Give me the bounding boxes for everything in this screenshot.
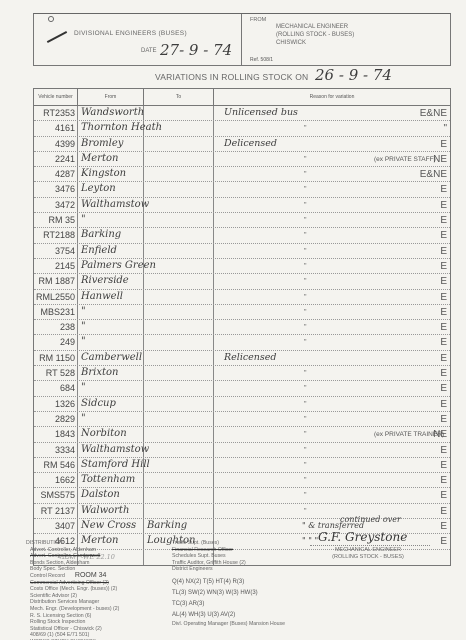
vehicle-number: RM 35 bbox=[34, 213, 78, 227]
engineer-code: E bbox=[440, 228, 447, 243]
distribution-item-text: Scientific Advisor (2) bbox=[30, 593, 77, 599]
reason-text: " bbox=[304, 381, 307, 396]
distribution-item: District Engineers bbox=[172, 566, 285, 573]
to-garage bbox=[144, 198, 214, 212]
from-line: CHISWICK bbox=[276, 39, 442, 47]
distribution-items: Advert. Controller, AldenhamAdvert. Cont… bbox=[26, 547, 119, 640]
distribution-item-text: Costs Office (Mech. Engr. (buses)) (2) bbox=[30, 586, 117, 592]
table-row: RML2550Hanwell"E bbox=[34, 290, 450, 305]
distribution-item-text: Control Record bbox=[30, 573, 65, 579]
table-row: 2829""E bbox=[34, 412, 450, 427]
to-garage bbox=[144, 397, 214, 411]
engineer-code: E bbox=[440, 381, 447, 396]
to-garage bbox=[144, 182, 214, 196]
distribution-item-text: 408/69 (1) (504 E/71 501) bbox=[30, 632, 89, 638]
engineer-code: E bbox=[440, 504, 447, 519]
to-garage bbox=[144, 259, 214, 273]
to-garage bbox=[144, 381, 214, 395]
engineer-code: E&NE bbox=[420, 167, 447, 182]
reason-cell: "E bbox=[214, 182, 450, 196]
vehicle-number: RM 1150 bbox=[34, 351, 78, 365]
reason-cell: "E bbox=[214, 397, 450, 411]
reason-cell: "E bbox=[214, 381, 450, 395]
reason-cell: "E bbox=[214, 488, 450, 502]
reason-text: " bbox=[304, 152, 307, 167]
from-garage: Palmers Green bbox=[78, 259, 144, 273]
table-row: RM 1887Riverside"E bbox=[34, 274, 450, 289]
engineer-code: E bbox=[440, 182, 447, 197]
distribution-list-right: Traffic Supt. (Buses)Financial Research … bbox=[172, 540, 285, 628]
from-garage: " bbox=[78, 320, 144, 334]
from-garage: Bromley bbox=[78, 137, 144, 151]
distribution-item: Bonds Section, Aldenham bbox=[26, 560, 119, 567]
date-label: DATE bbox=[141, 48, 157, 54]
distribution-item-text: Distribution Services Manager bbox=[30, 599, 99, 605]
column-header-reason: Reason for variation bbox=[214, 89, 450, 105]
distribution-item: Schedules Supt. Buses bbox=[172, 553, 285, 560]
engineer-code: E bbox=[440, 335, 447, 350]
from-garage: Walthamstow bbox=[78, 198, 144, 212]
vehicle-number: RT 528 bbox=[34, 366, 78, 380]
distribution-item: Scientific Advisor (2) bbox=[26, 593, 119, 600]
reason-cell: "(ex PRIVATE STAFF)NE bbox=[214, 152, 450, 166]
reason-text: " bbox=[304, 443, 307, 458]
vehicle-number: 4161 bbox=[34, 121, 78, 135]
table-body: RT2353WandsworthUnlicensed busE&NE4161Th… bbox=[34, 106, 450, 565]
from-garage: Leyton bbox=[78, 182, 144, 196]
vehicle-number: 3334 bbox=[34, 443, 78, 457]
table-row: 3754Enfield"E bbox=[34, 244, 450, 259]
table-row: 4287Kingston"E&NE bbox=[34, 167, 450, 182]
distribution-item: Costs Office (Mech. Engr. (buses)) (2) bbox=[26, 586, 119, 593]
from-garage: Dalston bbox=[78, 488, 144, 502]
reason-text: " bbox=[304, 167, 307, 182]
distribution-items-right: Traffic Supt. (Buses)Financial Research … bbox=[172, 540, 285, 573]
to-garage bbox=[144, 427, 214, 441]
distribution-item-text: Financial Research Officer bbox=[172, 547, 233, 553]
table-header: Vehicle number From To Reason for variat… bbox=[34, 89, 450, 106]
vehicle-number: 3472 bbox=[34, 198, 78, 212]
vehicle-number: 3407 bbox=[34, 519, 78, 533]
from-garage: Walthamstow bbox=[78, 443, 144, 457]
from-garage: Camberwell bbox=[78, 351, 144, 365]
to-garage bbox=[144, 274, 214, 288]
engineer-code: E bbox=[440, 305, 447, 320]
reason-text: " bbox=[304, 335, 307, 350]
from-garage: Barking bbox=[78, 228, 144, 242]
from-line: MECHANICAL ENGINEER bbox=[276, 23, 442, 31]
distribution-item: Traffic Supt. (Buses) bbox=[172, 540, 285, 547]
vehicle-number: 2145 bbox=[34, 259, 78, 273]
distribution-item-text: Advert. Controller, Camberwell bbox=[30, 553, 100, 559]
variations-table: Vehicle number From To Reason for variat… bbox=[33, 88, 451, 566]
vehicle-number: 2241 bbox=[34, 152, 78, 166]
to-garage bbox=[144, 305, 214, 319]
table-row: RT2353WandsworthUnlicensed busE&NE bbox=[34, 106, 450, 121]
distribution-item-text: Schedules Supt. Buses bbox=[172, 553, 226, 559]
column-header-to: To bbox=[144, 89, 214, 105]
signature-line bbox=[310, 545, 430, 546]
engineer-code: E bbox=[440, 473, 447, 488]
to-garage bbox=[144, 152, 214, 166]
distribution-item-text: Traffic Supt. (Buses) bbox=[172, 540, 219, 546]
reason-cell: "E bbox=[214, 244, 450, 258]
reason-text: " bbox=[304, 182, 307, 197]
reason-text: " bbox=[304, 412, 307, 427]
reason-cell: "(ex PRIVATE TRAINER)NE bbox=[214, 427, 450, 441]
to-garage bbox=[144, 443, 214, 457]
from-garage: " bbox=[78, 412, 144, 426]
distribution-item-text: Rolling Stock Inspection bbox=[30, 619, 85, 625]
from-garage: Merton bbox=[78, 152, 144, 166]
vehicle-number: RT 2137 bbox=[34, 504, 78, 518]
to-garage bbox=[144, 366, 214, 380]
distribution-item-text: Mech. Engr. (Development - buses) (2) bbox=[30, 606, 119, 612]
to-garage bbox=[144, 121, 214, 135]
to-garage bbox=[144, 320, 214, 334]
signature-title-line: MECHANICAL ENGINEER bbox=[318, 547, 418, 554]
to-garage bbox=[144, 106, 214, 120]
engineer-code: E bbox=[440, 137, 447, 152]
table-row: 249""E bbox=[34, 335, 450, 350]
from-garage: Stamford Hill bbox=[78, 458, 144, 472]
to-garage bbox=[144, 488, 214, 502]
distribution-item: Control RecordROOM 34 bbox=[26, 573, 119, 580]
distribution-item: Advert. Controller, Camberwell bbox=[26, 553, 119, 560]
header-box: DIVISIONAL ENGINEERS (BUSES) DATE 27- 9 … bbox=[33, 13, 451, 66]
table-row: RM 546Stamford Hill"E bbox=[34, 458, 450, 473]
from-garage: Enfield bbox=[78, 244, 144, 258]
to-recipient: DIVISIONAL ENGINEERS (BUSES) bbox=[74, 30, 187, 37]
vehicle-number: RML2550 bbox=[34, 290, 78, 304]
from-garage: Tottenham bbox=[78, 473, 144, 487]
reason-text: " bbox=[304, 488, 307, 503]
reason-cell: "E bbox=[214, 458, 450, 472]
distribution-item-text: Statistical Officer - Chiswick (2) bbox=[30, 626, 102, 632]
reason-text: " bbox=[304, 121, 307, 136]
header-from-section: FROM MECHANICAL ENGINEER (ROLLING STOCK … bbox=[242, 14, 450, 65]
table-row: RT2188Barking"E bbox=[34, 228, 450, 243]
from-garage: " bbox=[78, 305, 144, 319]
distribution-item-text: District Engineers bbox=[172, 566, 213, 572]
reason-text: " bbox=[304, 290, 307, 305]
reason-cell: "E bbox=[214, 274, 450, 288]
distribution-item-text: R. S. Licensing Section (6) bbox=[30, 613, 91, 619]
reason-cell: "E bbox=[214, 443, 450, 457]
table-row: 1662Tottenham"E bbox=[34, 473, 450, 488]
reason-text: " bbox=[304, 259, 307, 274]
vehicle-number: 3476 bbox=[34, 182, 78, 196]
to-garage bbox=[144, 137, 214, 151]
engineer-code: E bbox=[440, 397, 447, 412]
garage-allocation-line: TC(3) AR(3) bbox=[172, 599, 285, 610]
engineer-code: E bbox=[440, 259, 447, 274]
engineer-code: E bbox=[440, 274, 447, 289]
reason-text: " bbox=[304, 366, 307, 381]
distribution-list-left: DISTRIBUTION Advert. Controller, Aldenha… bbox=[26, 540, 119, 640]
reason-text: Relicensed bbox=[214, 351, 450, 365]
reason-cell: RelicensedE bbox=[214, 351, 450, 365]
reason-text: Unlicensed bus bbox=[214, 106, 450, 120]
engineer-code: E bbox=[440, 488, 447, 503]
engineer-code: E bbox=[440, 290, 447, 305]
garage-allocation-line: AL(4) WH(3) U(3) AV(2) bbox=[172, 610, 285, 621]
distribution-item: Distribution Services Manager bbox=[26, 599, 119, 606]
table-row: 238""E bbox=[34, 320, 450, 335]
table-row: 3472Walthamstow"E bbox=[34, 198, 450, 213]
reason-cell: "E bbox=[214, 290, 450, 304]
vehicle-number: 1662 bbox=[34, 473, 78, 487]
from-garage: Riverside bbox=[78, 274, 144, 288]
to-garage bbox=[144, 213, 214, 227]
vehicle-number: 1326 bbox=[34, 397, 78, 411]
to-garage bbox=[144, 473, 214, 487]
table-row: RM 1150CamberwellRelicensedE bbox=[34, 351, 450, 366]
signature: G.F. Greystone bbox=[318, 530, 407, 544]
engineer-code: E&NE bbox=[420, 106, 447, 121]
reason-cell: "E bbox=[214, 320, 450, 334]
engineer-code: E bbox=[440, 412, 447, 427]
to-garage bbox=[144, 458, 214, 472]
reason-cell: "E bbox=[214, 259, 450, 273]
vehicle-number: 4287 bbox=[34, 167, 78, 181]
signature-title-line: (ROLLING STOCK - BUSES) bbox=[318, 554, 418, 561]
engineer-code: E bbox=[440, 458, 447, 473]
table-row: SMS575Dalston"E bbox=[34, 488, 450, 503]
engineer-code: NE bbox=[433, 152, 447, 167]
distribution-item: Traffic Auditor, Griffith House (2) bbox=[172, 560, 285, 567]
reason-text: " bbox=[304, 320, 307, 335]
from-garage: Sidcup bbox=[78, 397, 144, 411]
from-garage: Thornton Heath bbox=[78, 121, 144, 135]
distribution-annotation: ROOM 34 bbox=[75, 572, 107, 579]
reason-cell: "E&NE bbox=[214, 167, 450, 181]
distribution-item: R. S. Licensing Section (6) bbox=[26, 613, 119, 620]
table-row: 1326Sidcup"E bbox=[34, 397, 450, 412]
table-row: MBS231""E bbox=[34, 305, 450, 320]
reason-text: " bbox=[304, 228, 307, 243]
column-header-from: From bbox=[78, 89, 144, 105]
engineer-code: E bbox=[440, 213, 447, 228]
reason-cell: "E bbox=[214, 473, 450, 487]
reason-text: " bbox=[304, 458, 307, 473]
to-garage bbox=[144, 504, 214, 518]
slash-mark-icon bbox=[47, 31, 67, 43]
to-garage bbox=[144, 167, 214, 181]
distribution-item: Commercial Advertising Officer (2) bbox=[26, 580, 119, 587]
reason-text: " bbox=[304, 305, 307, 320]
reason-cell: "E bbox=[214, 412, 450, 426]
reason-cell: Unlicensed busE&NE bbox=[214, 106, 450, 120]
to-garage bbox=[144, 351, 214, 365]
reason-text: Delicensed bbox=[214, 137, 450, 151]
table-row: 2145Palmers Green"E bbox=[34, 259, 450, 274]
engineer-code: NE bbox=[433, 427, 447, 442]
column-header-vehicle: Vehicle number bbox=[34, 89, 78, 105]
table-row: 684""E bbox=[34, 381, 450, 396]
distribution-item-text: Traffic Auditor, Griffith House (2) bbox=[172, 560, 246, 566]
table-row: 3476Leyton"E bbox=[34, 182, 450, 197]
reason-text: " bbox=[304, 504, 307, 519]
signature-title: MECHANICAL ENGINEER (ROLLING STOCK - BUS… bbox=[318, 547, 418, 561]
from-garage: Hanwell bbox=[78, 290, 144, 304]
distribution-item: Statistical Officer - Chiswick (2) bbox=[26, 626, 119, 633]
from-lines: MECHANICAL ENGINEER (ROLLING STOCK - BUS… bbox=[276, 23, 442, 47]
vehicle-number: 3754 bbox=[34, 244, 78, 258]
reason-note: (ex PRIVATE STAFF) bbox=[374, 153, 436, 166]
to-garage bbox=[144, 335, 214, 349]
table-row: RM 35""E bbox=[34, 213, 450, 228]
to-garage bbox=[144, 412, 214, 426]
reason-text: " bbox=[304, 213, 307, 228]
from-garage: Brixton bbox=[78, 366, 144, 380]
engineer-code: E bbox=[440, 534, 447, 549]
distribution-item: Rolling Stock Inspection bbox=[26, 619, 119, 626]
distribution-last-line: Divl. Operating Manager (Buses) Mansion … bbox=[172, 621, 285, 628]
vehicle-number: 2829 bbox=[34, 412, 78, 426]
from-line: (ROLLING STOCK - BUSES) bbox=[276, 31, 442, 39]
continued-note: continued over bbox=[340, 515, 401, 524]
vehicle-number: RT2188 bbox=[34, 228, 78, 242]
reason-cell: "E bbox=[214, 366, 450, 380]
reason-cell: "E bbox=[214, 504, 450, 518]
distribution-item: Advert. Controller, Aldenham bbox=[26, 547, 119, 554]
from-garage: " bbox=[78, 213, 144, 227]
ref-number: Ref. 508/1 bbox=[250, 57, 273, 63]
to-garage: Barking bbox=[144, 519, 214, 533]
from-garage: Walworth bbox=[78, 504, 144, 518]
punch-hole-icon bbox=[48, 16, 54, 22]
table-row: 1843Norbiton"(ex PRIVATE TRAINER)NE bbox=[34, 427, 450, 442]
reason-text: " bbox=[304, 397, 307, 412]
engineer-code: E bbox=[440, 351, 447, 366]
distribution-item: Mech. Engr. (Development - buses) (2) bbox=[26, 606, 119, 613]
reason-text: " bbox=[304, 198, 307, 213]
distribution-item: 408/69 (1) (504 E/71 501) bbox=[26, 632, 119, 639]
vehicle-number: SMS575 bbox=[34, 488, 78, 502]
reason-cell: "E bbox=[214, 305, 450, 319]
to-garage bbox=[144, 290, 214, 304]
header-to-section: DIVISIONAL ENGINEERS (BUSES) DATE 27- 9 … bbox=[34, 14, 242, 65]
engineer-code: E bbox=[440, 320, 447, 335]
engineer-code: " bbox=[443, 121, 447, 136]
reason-cell: "E bbox=[214, 335, 450, 349]
vehicle-number: RM 546 bbox=[34, 458, 78, 472]
vehicle-number: RT2353 bbox=[34, 106, 78, 120]
reason-cell: "" bbox=[214, 121, 450, 135]
to-garage bbox=[144, 228, 214, 242]
reason-cell: "E bbox=[214, 213, 450, 227]
from-garage: Kingston bbox=[78, 167, 144, 181]
title-date: 26 - 9 - 74 bbox=[315, 66, 392, 84]
to-garage bbox=[144, 244, 214, 258]
garage-allocation-line: Q(4) NX(2) T(5) HT(4) R(3) bbox=[172, 577, 285, 588]
distribution-item: Financial Research Officer bbox=[172, 547, 285, 554]
engineer-code: E bbox=[440, 519, 447, 534]
vehicle-number: MBS231 bbox=[34, 305, 78, 319]
table-row: 4161Thornton Heath"" bbox=[34, 121, 450, 136]
table-row: 3334Walthamstow"E bbox=[34, 443, 450, 458]
garage-allocation-line: TL(3) SW(2) WN(3) W(3) HW(3) bbox=[172, 588, 285, 599]
from-garage: Norbiton bbox=[78, 427, 144, 441]
distribution-heading: DISTRIBUTION bbox=[26, 540, 119, 547]
from-garage: Wandsworth bbox=[78, 106, 144, 120]
distribution-item-text: Body Spec. Section bbox=[30, 566, 75, 572]
from-garage: " bbox=[78, 335, 144, 349]
reason-cell: "E bbox=[214, 228, 450, 242]
engineer-code: E bbox=[440, 366, 447, 381]
date-value: 27- 9 - 74 bbox=[160, 41, 232, 59]
vehicle-number: RM 1887 bbox=[34, 274, 78, 288]
table-row: 2241Merton"(ex PRIVATE STAFF)NE bbox=[34, 152, 450, 167]
vehicle-number: 4399 bbox=[34, 137, 78, 151]
garage-list: Q(4) NX(2) T(5) HT(4) R(3)TL(3) SW(2) WN… bbox=[172, 577, 285, 621]
vehicle-number: 249 bbox=[34, 335, 78, 349]
vehicle-number: 684 bbox=[34, 381, 78, 395]
distribution-item-text: Bonds Section, Aldenham bbox=[30, 560, 89, 566]
reason-text: " bbox=[304, 274, 307, 289]
from-garage: " bbox=[78, 381, 144, 395]
distribution-item-text: Advert. Controller, Aldenham bbox=[30, 547, 96, 553]
vehicle-number: 238 bbox=[34, 320, 78, 334]
vehicle-number: 1843 bbox=[34, 427, 78, 441]
reason-text: " bbox=[304, 244, 307, 259]
table-row: 4399BromleyDelicensedE bbox=[34, 137, 450, 152]
engineer-code: E bbox=[440, 443, 447, 458]
table-row: RT 528Brixton"E bbox=[34, 366, 450, 381]
engineer-code: E bbox=[440, 198, 447, 213]
reason-text: " bbox=[304, 427, 307, 442]
from-garage: New Cross bbox=[78, 519, 144, 533]
reason-cell: "E bbox=[214, 198, 450, 212]
reason-cell: DelicensedE bbox=[214, 137, 450, 151]
reason-text: " bbox=[304, 473, 307, 488]
engineer-code: E bbox=[440, 244, 447, 259]
distribution-item-text: Commercial Advertising Officer (2) bbox=[30, 580, 109, 586]
page-title: VARIATIONS IN ROLLING STOCK ON bbox=[155, 72, 308, 82]
